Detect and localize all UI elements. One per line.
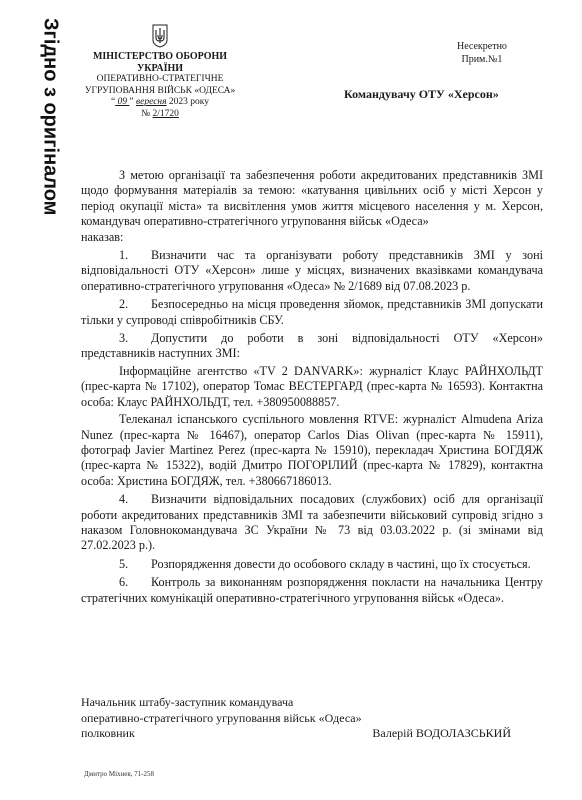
- signature-block: Начальник штабу-заступник командувача оп…: [81, 695, 543, 742]
- ukraine-trident-emblem-icon: [152, 24, 168, 48]
- document-body: З метою організації та забезпечення робо…: [81, 168, 543, 606]
- issuer-header: МІНІСТЕРСТВО ОБОРОНИ УКРАЇНИ ОПЕРАТИВНО-…: [75, 24, 245, 120]
- order-item-3: 3.Допустити до роботи в зоні відповідаль…: [81, 331, 543, 362]
- ministry-name-line1: МІНІСТЕРСТВО ОБОРОНИ: [75, 51, 245, 63]
- signatory-position-line2: оперативно-стратегічного угруповання вій…: [81, 711, 543, 727]
- order-word: наказав:: [81, 230, 543, 245]
- addressee: Командувачу ОТУ «Херсон»: [344, 87, 499, 102]
- signatory-position-line1: Начальник штабу-заступник командувача: [81, 695, 543, 711]
- signatory-rank: полковник: [81, 726, 135, 742]
- order-item-2: 2.Безпосередньо на місця проведення зйом…: [81, 297, 543, 328]
- certified-copy-stamp: Згідно з оригіналом: [20, 18, 60, 248]
- classification-block: Несекретно Прим.№1: [457, 40, 507, 66]
- classification-level: Несекретно: [457, 40, 507, 53]
- document-number: № 2/1720: [75, 109, 245, 121]
- media-entry-tv2: Інформаційне агентство «TV 2 DANVARK»: ж…: [81, 364, 543, 410]
- org-name-line2: УГРУПОВАННЯ ВІЙСЬК «ОДЕСА»: [75, 86, 245, 98]
- executor-note: Дмитро Міхнев, 71-258: [84, 770, 154, 778]
- date-month: вересня: [136, 97, 167, 107]
- media-entry-rtve: Телеканал іспанського суспільного мовлен…: [81, 412, 543, 489]
- copy-number: Прим.№1: [457, 53, 507, 66]
- document-date: “ 09 ” вересня 2023 року: [75, 97, 245, 109]
- order-item-6: 6.Контроль за виконанням розпорядження п…: [81, 575, 543, 606]
- org-name-line1: ОПЕРАТИВНО-СТРАТЕГІЧНЕ: [75, 74, 245, 86]
- intro-paragraph: З метою організації та забезпечення робо…: [81, 168, 543, 230]
- ministry-name-line2: УКРАЇНИ: [75, 63, 245, 75]
- signatory-name: Валерій ВОДОЛАЗСЬКИЙ: [372, 726, 511, 742]
- order-item-1: 1.Визначити час та організувати роботу п…: [81, 248, 543, 294]
- date-day: 09: [115, 97, 129, 107]
- stamp-text: Згідно з оригіналом: [39, 18, 62, 215]
- order-item-4: 4.Визначити відповідальних посадових (сл…: [81, 492, 543, 554]
- order-item-5: 5.Розпорядження довести до особового скл…: [81, 557, 543, 572]
- date-year: 2023 року: [169, 97, 209, 107]
